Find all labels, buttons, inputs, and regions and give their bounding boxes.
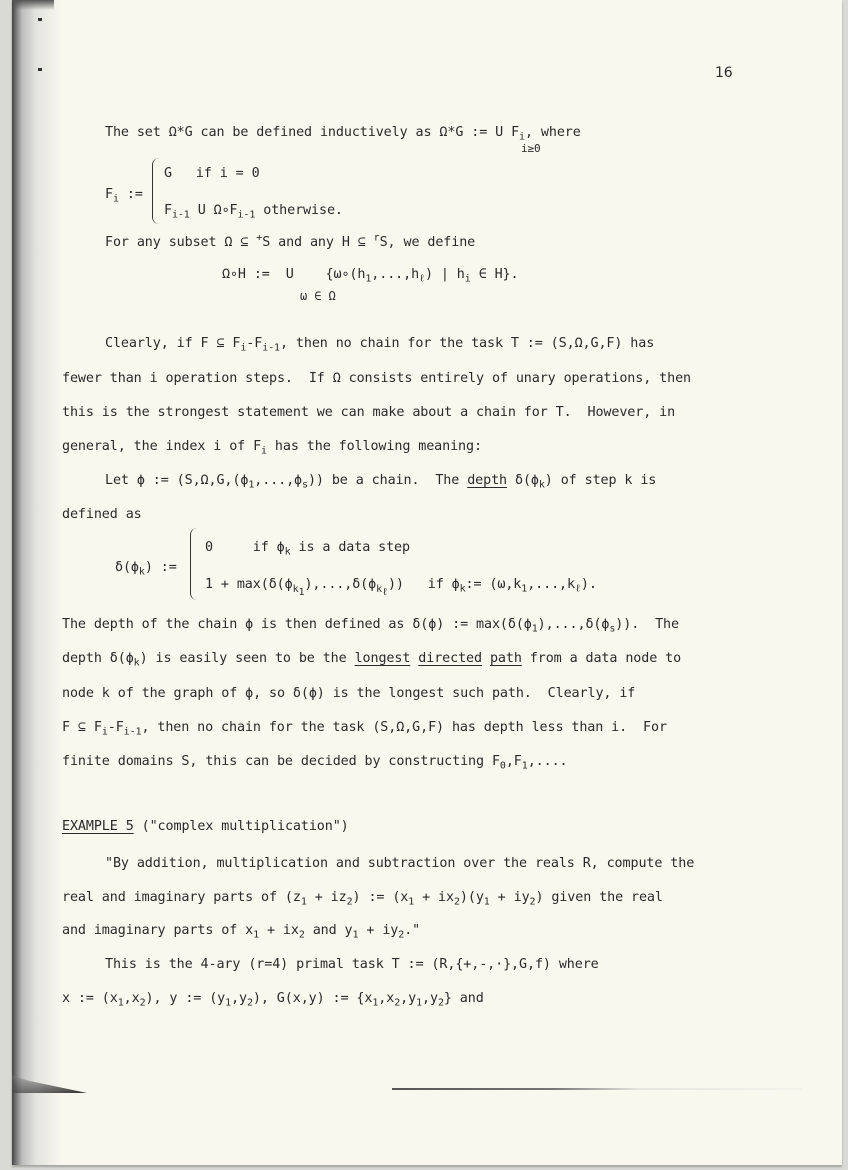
example-quote-line2: real and imaginary parts of (z1 + iz2) :… [62,891,663,904]
depth-paragraph-line5: finite domains S, this can be decided by… [62,755,568,768]
term-longest: longest [355,651,411,666]
page-fold-line [392,1088,802,1090]
delta-lhs: δ(ϕk) := [115,561,177,574]
page-top-shadow [14,0,54,10]
fi-lhs: Fi := [105,188,143,201]
omega-h-definition: Ω∘H := U {ω∘(h1,...,hℓ) | hi ∈ H}. [222,268,518,281]
example-heading: EXAMPLE 5 ("complex multiplication") [62,820,349,833]
delta-case-data-step: 0 if ϕk is a data step [205,541,410,554]
example-task-line2: x := (x1,x2), y := (y1,y2), G(x,y) := {x… [62,992,484,1005]
case-brace [190,528,197,600]
depth-paragraph-line3: node k of the graph of ϕ, so δ(ϕ) is the… [62,687,635,700]
paragraph-clearly-line2: fewer than i operation steps. If Ω consi… [62,372,691,385]
omega-h-limit: ω ∈ Ω [300,290,336,302]
union-limit: i≥0 [521,143,541,154]
term-directed: directed [418,651,482,666]
punch-hole-mark [38,18,42,21]
example-quote-line3: and imaginary parts of x1 + ix2 and y1 +… [62,924,420,937]
depth-paragraph-line1: The depth of the chain ϕ is then defined… [62,618,679,631]
delta-case-operation-step: 1 + max(δ(ϕk1),...,δ(ϕkℓ)) if ϕk:= (ω,k1… [205,578,597,593]
example-quote-line1: "By addition, multiplication and subtrac… [105,857,694,870]
depth-paragraph-line2: depth δ(ϕk) is easily seen to be the lon… [62,652,681,665]
depth-paragraph-line4: F ⊆ Fi-Fi-1, then no chain for the task … [62,721,667,734]
page-number: 16 [715,66,733,80]
fi-case-recursive: Fi-1 U Ω∘Fi-1 otherwise. [164,204,343,217]
punch-hole-mark [38,68,42,71]
term-path: path [490,651,522,666]
page-binding-shadow [12,0,62,1165]
chain-definition-line1: Let ϕ := (S,Ω,G,(ϕ1,...,ϕs)) be a chain.… [105,474,656,487]
term-depth: depth [467,473,507,488]
definition-omega-star-g: The set Ω*G can be defined inductively a… [105,126,581,139]
example-label: EXAMPLE 5 [62,819,134,834]
paragraph-clearly-line3: this is the strongest statement we can m… [62,406,675,419]
fi-case-base: G if i = 0 [164,167,260,180]
paragraph-clearly-line4: general, the index i of Fi has the follo… [62,440,482,453]
paragraph-clearly-line1: Clearly, if F ⊆ Fi-Fi-1, then no chain f… [105,337,654,350]
chain-definition-line2: defined as [62,508,142,521]
subset-definition: For any subset Ω ⊆ +S and any H ⊆ rS, we… [105,236,475,249]
example-task-line1: This is the 4-ary (r=4) primal task T :=… [105,958,599,971]
case-brace [152,158,159,224]
